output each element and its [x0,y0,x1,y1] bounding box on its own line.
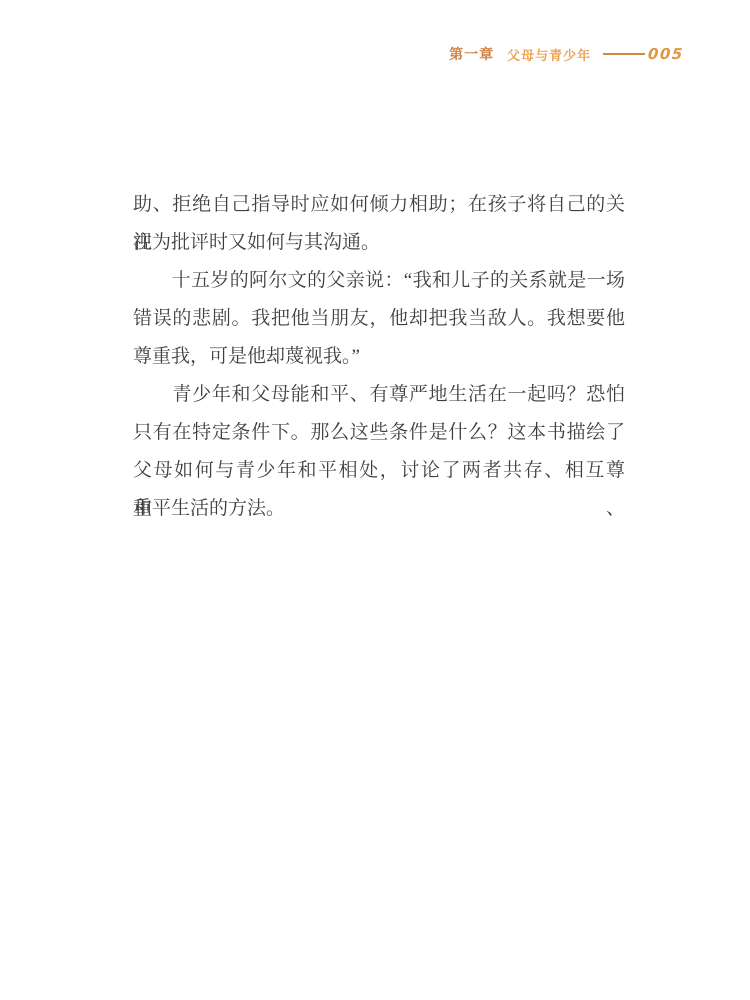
paragraph-line: 只有在特定条件下。那么这些条件是什么？这本书描绘了 [133,414,625,452]
book-page: 第一章 父母与青少年 005 助、拒绝自己指导时应如何倾力相助；在孩子将自己的关… [0,0,750,1000]
page-body: 助、拒绝自己指导时应如何倾力相助；在孩子将自己的关注 视为批评时又如何与其沟通。… [133,186,625,528]
page-header: 第一章 父母与青少年 005 [449,44,684,64]
paragraph-line: 助、拒绝自己指导时应如何倾力相助；在孩子将自己的关注 [133,186,625,224]
chapter-title: 父母与青少年 [507,45,591,64]
paragraph-line: 尊重我，可是他却蔑视我。” [133,338,625,376]
paragraph-line: 十五岁的阿尔文的父亲说：“我和儿子的关系就是一场 [133,262,625,300]
paragraph-line: 父母如何与青少年和平相处，讨论了两者共存、相互尊重、 [133,452,625,490]
paragraph-line: 青少年和父母能和平、有尊严地生活在一起吗？恐怕 [133,376,625,414]
header-rule [603,53,645,55]
paragraph-line: 视为批评时又如何与其沟通。 [133,224,625,262]
page-number: 005 [648,45,685,63]
chapter-number: 第一章 [449,44,494,64]
paragraph-line: 错误的悲剧。我把他当朋友，他却把我当敌人。我想要他 [133,300,625,338]
